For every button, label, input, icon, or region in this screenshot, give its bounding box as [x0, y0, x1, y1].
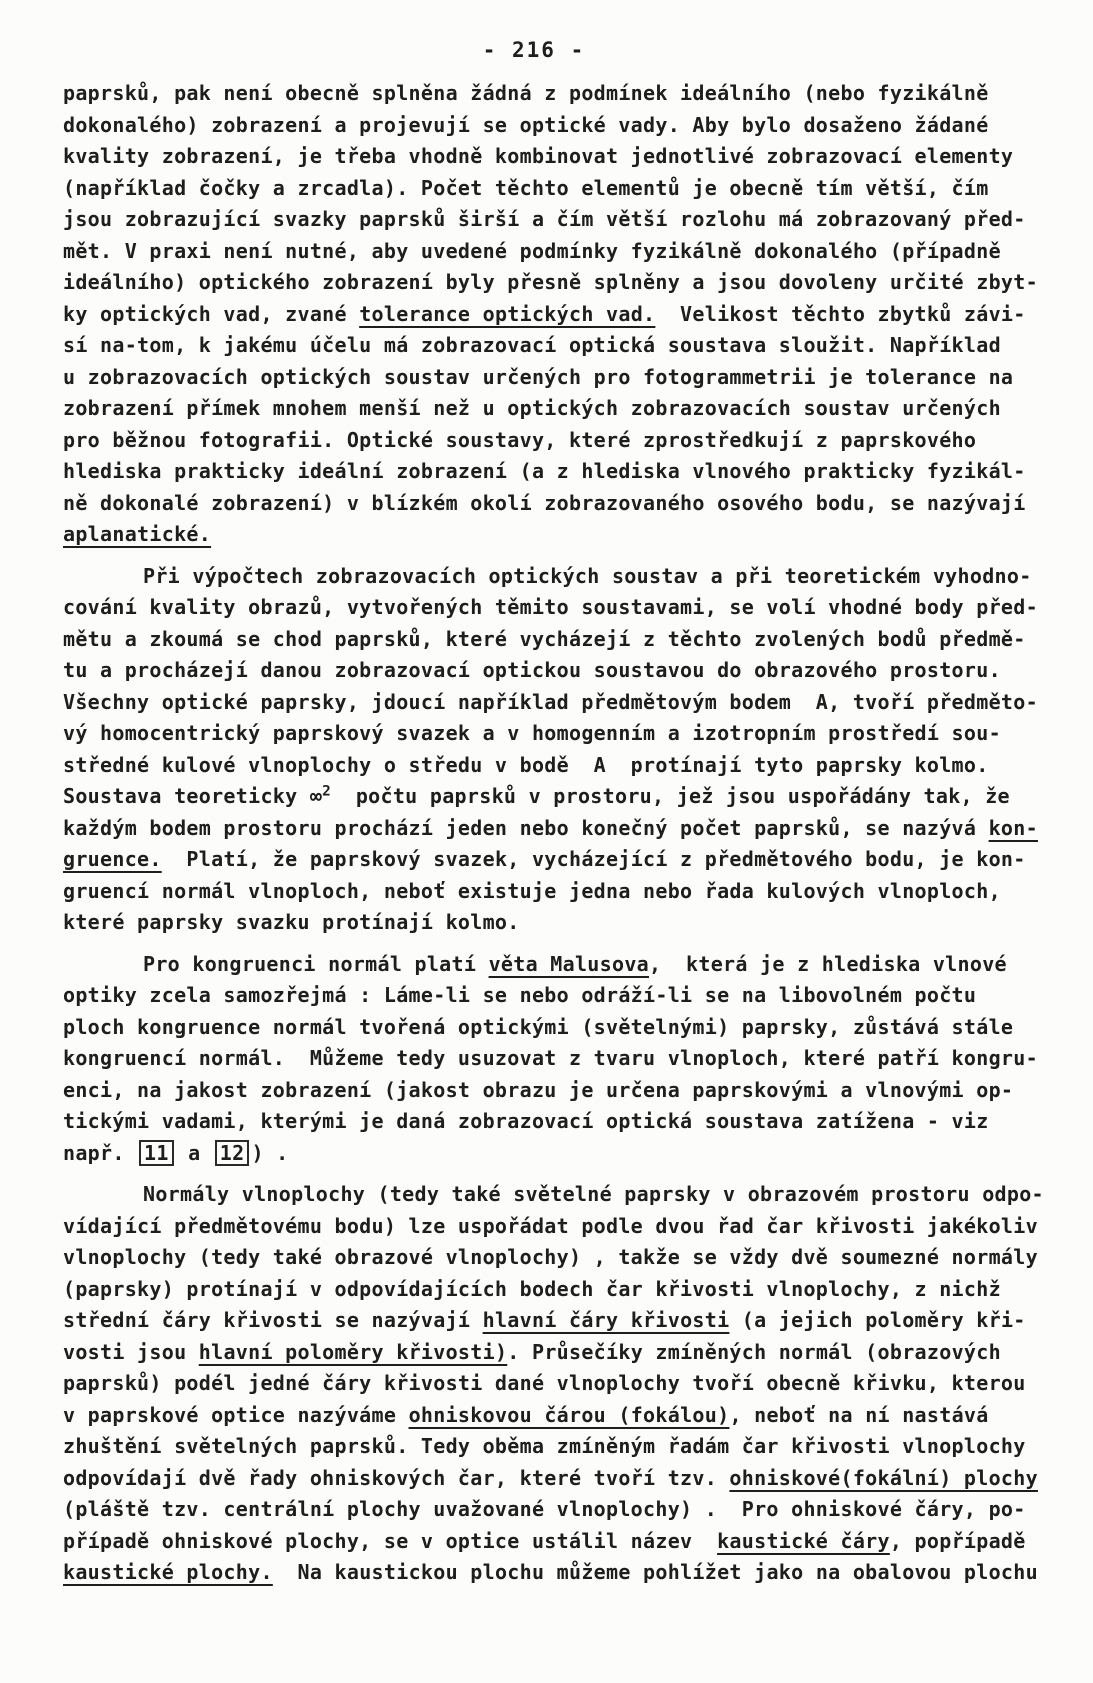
text-line: enci, na jakost zobrazení (jakost obrazu… — [63, 1075, 1065, 1107]
text-line: hlediska prakticky ideální zobrazení (a … — [63, 456, 1065, 488]
paragraph-2: Při výpočtech zobrazovacích optických so… — [63, 561, 1065, 939]
text-line: Pro kongruenci normál platí věta Malusov… — [63, 949, 1065, 981]
text-line: vý homocentrický paprskový svazek a v ho… — [63, 718, 1065, 750]
text-line: kaustické plochy. Na kaustickou plochu m… — [63, 1557, 1065, 1589]
text-line: paprsků) podél jedné čáry křivosti dané … — [63, 1368, 1065, 1400]
text-line: vlnoplochy (tedy také obrazové vlnoploch… — [63, 1242, 1065, 1274]
text-line: u zobrazovacích optických soustav určený… — [63, 362, 1065, 394]
page-number: - 216 - — [63, 36, 1005, 64]
text-line: ně dokonalé zobrazení) v blízkém okolí z… — [63, 488, 1065, 520]
underlined-phrase: gruence. — [63, 847, 162, 871]
text-line: optiky zcela samozřejmá : Láme-li se neb… — [63, 980, 1065, 1012]
text-line: (pláště tzv. centrální plochy uvažované … — [63, 1494, 1065, 1526]
underlined-phrase: kon- — [989, 816, 1038, 840]
underlined-phrase: věta Malusova — [489, 952, 649, 976]
underlined-phrase: tolerance optických vad. — [359, 302, 655, 326]
citation-box: 11 — [139, 1140, 174, 1166]
text-line: tu a procházejí danou zobrazovací optick… — [63, 655, 1065, 687]
text-line: ploch kongruence normál tvořená optickým… — [63, 1012, 1065, 1044]
text-line: sí na-tom, k jakému účelu má zobrazovací… — [63, 330, 1065, 362]
text-line: aplanatické. — [63, 519, 1065, 551]
text-line: cování kvality obrazů, vytvořených těmit… — [63, 592, 1065, 624]
underlined-phrase: hlavní čáry křivosti — [483, 1308, 730, 1332]
text-line: zhuštění světelných paprsků. Tedy oběma … — [63, 1431, 1065, 1463]
text-line: kvality zobrazení, je třeba vhodně kombi… — [63, 141, 1065, 173]
text-line: mět. V praxi není nutné, aby uvedené pod… — [63, 236, 1065, 268]
underlined-phrase: ohniskové(fokální) plochy — [729, 1466, 1038, 1490]
text-line: Při výpočtech zobrazovacích optických so… — [63, 561, 1065, 593]
text-line: ky optických vad, zvané tolerance optick… — [63, 299, 1065, 331]
underlined-phrase: hlavní poloměry křivosti) — [199, 1340, 508, 1364]
text-line: paprsků, pak není obecně splněna žádná z… — [63, 78, 1065, 110]
text-line: Všechny optické paprsky, jdoucí napříkla… — [63, 687, 1065, 719]
text-line: (například čočky a zrcadla). Počet těcht… — [63, 173, 1065, 205]
text-line: jsou zobrazující svazky paprsků širší a … — [63, 204, 1065, 236]
paragraph-1: paprsků, pak není obecně splněna žádná z… — [63, 78, 1065, 551]
text-line: odpovídají dvě řady ohniskových čar, kte… — [63, 1463, 1065, 1495]
text-line: např. 11 a 12) . — [63, 1138, 1065, 1170]
paragraph-4: Normály vlnoplochy (tedy také světelné p… — [63, 1179, 1065, 1589]
underlined-phrase: kaustické čáry — [717, 1529, 890, 1553]
text-line: vídající předmětovému bodu) lze uspořáda… — [63, 1211, 1065, 1243]
underlined-phrase: kaustické plochy. — [63, 1560, 273, 1584]
text-line: ideálního) optického zobrazení byly přes… — [63, 267, 1065, 299]
text-line: středné kulové vlnoplochy o středu v bod… — [63, 750, 1065, 782]
text-line: (paprsky) protínají v odpovídajících bod… — [63, 1274, 1065, 1306]
document-body: paprsků, pak není obecně splněna žádná z… — [63, 78, 1065, 1589]
citation-box: 12 — [215, 1140, 250, 1166]
text-line: Soustava teoreticky ∞2 počtu paprsků v p… — [63, 781, 1065, 813]
text-line: střední čáry křivosti se nazývají hlavní… — [63, 1305, 1065, 1337]
text-line: gruencí normál vlnoploch, neboť existuje… — [63, 876, 1065, 908]
text-line: zobrazení přímek mnohem menší než u opti… — [63, 393, 1065, 425]
text-line: pro běžnou fotografii. Optické soustavy,… — [63, 425, 1065, 457]
paragraph-3: Pro kongruenci normál platí věta Malusov… — [63, 949, 1065, 1170]
document-page: - 216 - paprsků, pak není obecně splněna… — [0, 0, 1093, 1683]
text-line: vosti jsou hlavní poloměry křivosti). Pr… — [63, 1337, 1065, 1369]
text-line: kongruencí normál. Můžeme tedy usuzovat … — [63, 1043, 1065, 1075]
text-line: dokonalého) zobrazení a projevují se opt… — [63, 110, 1065, 142]
text-line: případě ohniskové plochy, se v optice us… — [63, 1526, 1065, 1558]
text-line: které paprsky svazku protínají kolmo. — [63, 907, 1065, 939]
text-line: v paprskové optice nazýváme ohniskovou č… — [63, 1400, 1065, 1432]
underlined-phrase: ohniskovou čárou (fokálou) — [409, 1403, 730, 1427]
superscript-exponent: 2 — [322, 783, 331, 799]
text-line: každým bodem prostoru prochází jeden neb… — [63, 813, 1065, 845]
text-line: tickými vadami, kterými je daná zobrazov… — [63, 1106, 1065, 1138]
text-line: Normály vlnoplochy (tedy také světelné p… — [63, 1179, 1065, 1211]
underlined-phrase: aplanatické. — [63, 522, 211, 546]
text-line: gruence. Platí, že paprskový svazek, vyc… — [63, 844, 1065, 876]
text-line: mětu a zkoumá se chod paprsků, které vyc… — [63, 624, 1065, 656]
